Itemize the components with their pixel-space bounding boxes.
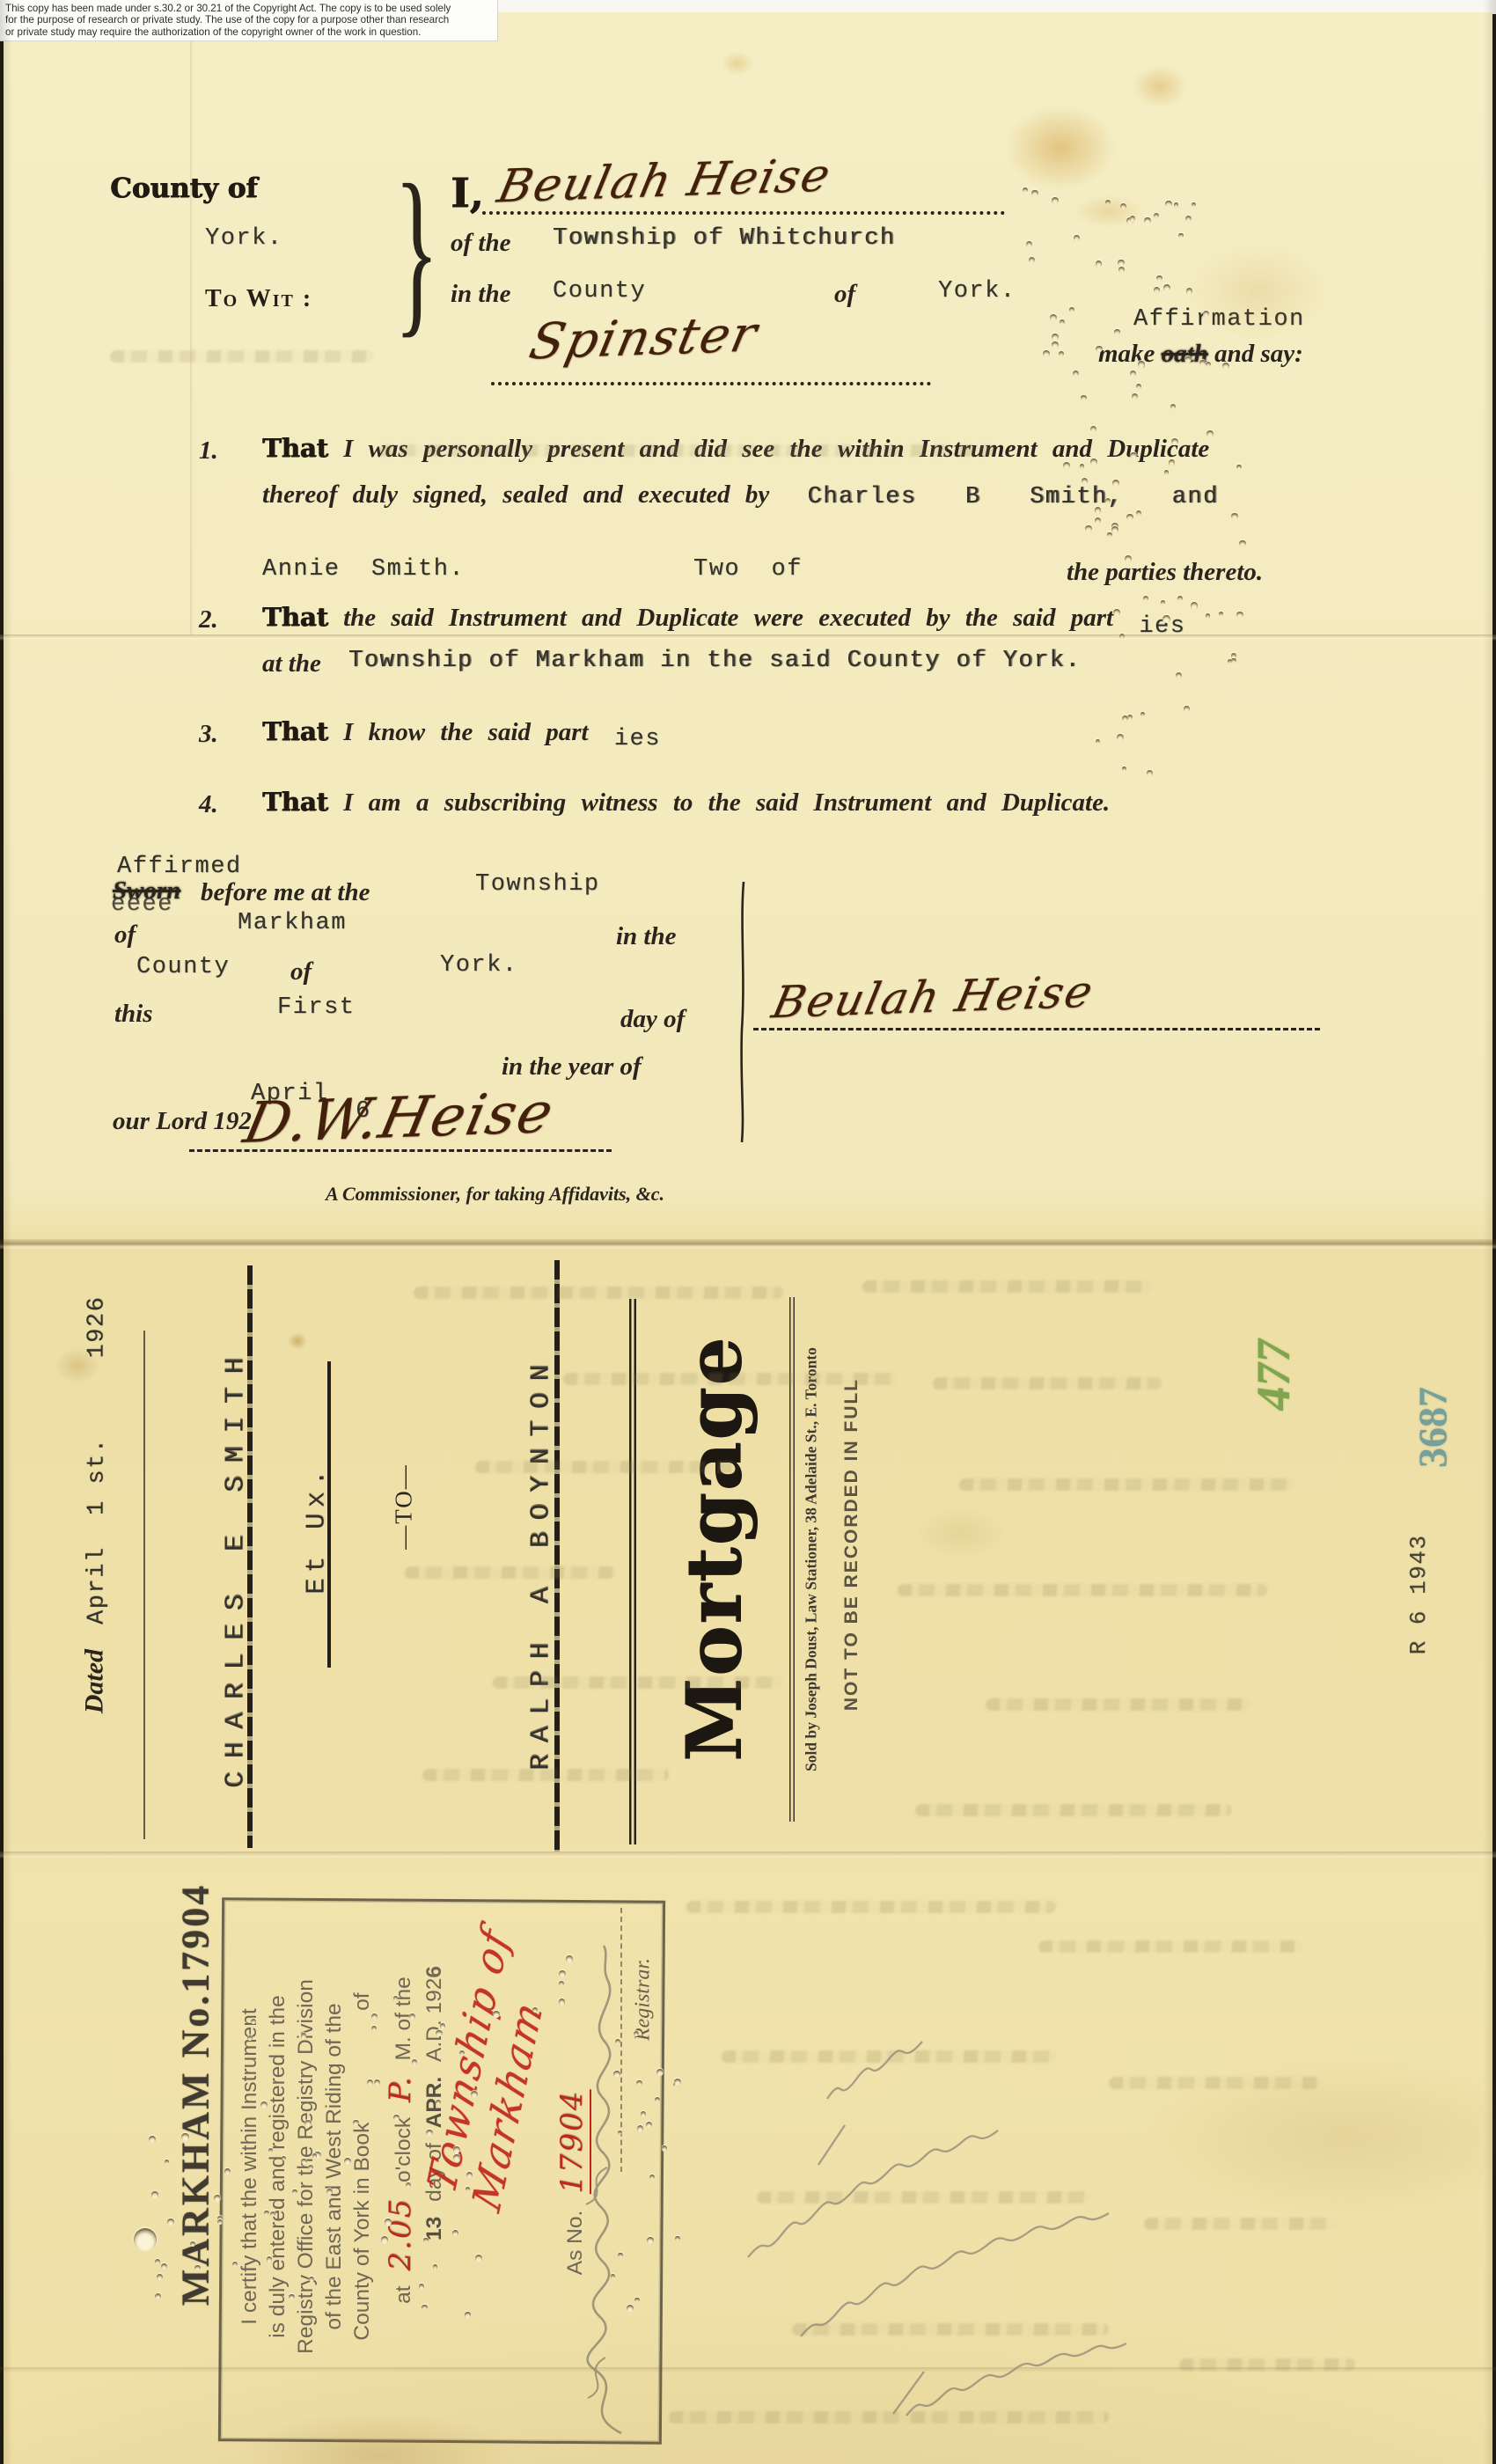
perforation-hole <box>1059 351 1064 356</box>
in-the-label: in the <box>451 280 511 309</box>
fold-crease-vertical <box>190 14 194 634</box>
perforation-hole <box>656 2069 664 2076</box>
para-2-num: 2. <box>199 605 218 634</box>
para-1-num: 1. <box>199 436 218 466</box>
dated-line: Dated April 1 st. 1926 <box>80 1296 111 1714</box>
perforation-hole <box>1169 459 1175 466</box>
jurat-county: York. <box>440 952 518 979</box>
para-4-num: 4. <box>199 790 218 819</box>
that-word: That <box>262 602 328 632</box>
perforation-hole <box>381 2236 388 2243</box>
that-word: That <box>262 433 328 463</box>
para-3-num: 3. <box>199 720 218 749</box>
perforation-hole <box>155 2293 161 2299</box>
perforation-hole <box>267 2256 273 2262</box>
occupation-value: Spinster <box>524 306 763 371</box>
perforation-hole <box>1130 216 1136 222</box>
perforation-hole <box>309 2277 314 2282</box>
cert-book-line: County of York in Book of <box>350 1992 375 2340</box>
dated-month: April 1 st. <box>84 1438 111 1624</box>
that-word: That <box>262 787 328 817</box>
residence-value: Township of Whitchurch <box>553 225 895 252</box>
jurat-county-word: County <box>136 954 230 980</box>
county-name: York. <box>938 278 1016 304</box>
book-line-text: County of York in Book <box>350 2123 374 2341</box>
perforation-hole <box>559 1998 565 2005</box>
perforation-hole <box>1052 341 1059 348</box>
perforation-hole <box>1096 260 1103 268</box>
perforation-hole <box>1185 216 1192 222</box>
perforation-hole <box>634 2298 639 2302</box>
dated-year: 1926 <box>84 1296 111 1359</box>
copyright-notice: This copy has been made under s.30.2 or … <box>0 0 498 41</box>
perforation-hole <box>465 2312 470 2317</box>
perforation-hole <box>409 2013 415 2020</box>
of-word: of <box>834 280 855 309</box>
stationer-rules <box>789 1297 795 1822</box>
jurat-day-of: day of <box>620 1005 685 1034</box>
para-1-line3-typed2: Two of <box>693 556 803 583</box>
para-text: I know the said part <box>343 718 589 746</box>
jurat-place-type: Township <box>475 871 600 898</box>
perforation-hole <box>1105 200 1111 205</box>
perforation-hole <box>181 2133 188 2140</box>
jurat-day-value: First <box>277 994 356 1021</box>
perforation-hole <box>1154 287 1160 293</box>
perforation-hole <box>157 2274 163 2280</box>
pencil-note <box>695 1993 1206 2451</box>
et-ux-rule <box>327 1361 331 1668</box>
day-value: 13 <box>422 2217 446 2240</box>
para-1-line3-printed: the parties thereto. <box>1067 558 1263 587</box>
perforation-hole <box>1074 235 1080 241</box>
perforation-hole <box>1191 602 1198 609</box>
cert-line-1: I certify that the within Instrument <box>238 2008 262 2325</box>
jurat-place: Markham <box>238 910 347 936</box>
perforation-hole <box>385 2218 392 2226</box>
perforation-hole <box>618 2253 623 2258</box>
para-1-line1: That I was personally present and did se… <box>262 433 1397 464</box>
para-text: the said Instrument and Duplicate were e… <box>343 604 1113 632</box>
perforation-hole <box>1231 513 1237 519</box>
perforation-hole <box>1174 202 1179 208</box>
perforation-hole <box>393 2115 399 2120</box>
perforation-hole <box>1171 438 1178 445</box>
commissioner-signature-rule <box>189 1149 612 1152</box>
perforation-hole <box>161 2263 167 2270</box>
perforation-hole <box>1219 612 1223 616</box>
perforation-hole <box>1231 658 1236 664</box>
commissioner-signature: D.W.Heise <box>238 1081 561 1156</box>
perforation-hole <box>655 2097 660 2102</box>
parties-suffix-typed: ies <box>614 726 661 752</box>
perforation-hole <box>1206 613 1210 618</box>
perforation-hole <box>151 2191 158 2198</box>
perforation-hole <box>1184 706 1190 712</box>
perforation-hole <box>165 2160 169 2164</box>
commissioner-title: A Commissioner, for taking Affidavits, &… <box>326 1183 664 1206</box>
county-value: York. <box>205 225 283 252</box>
jurat-of: of <box>114 920 136 950</box>
book-of: of <box>350 1992 374 2010</box>
perforation-hole <box>1222 363 1229 370</box>
signature-rule <box>482 211 1005 215</box>
para-text: thereof duly signed, sealed and executed… <box>262 480 769 509</box>
perforation-hole <box>1163 284 1170 291</box>
ad-word: A.D. 192 <box>422 1978 446 2062</box>
blue-number-stamp: 3687 <box>1410 1387 1456 1468</box>
para-2-line1: That the said Instrument and Duplicate w… <box>262 602 1185 634</box>
perforation-hole <box>675 2236 680 2241</box>
not-to-be-recorded-stamp: NOT TO BE RECORDED IN FULL <box>841 1378 862 1711</box>
oclock-word: o'clock <box>392 2117 415 2182</box>
jurat-our-lord: our Lord 192 <box>113 1107 252 1136</box>
perforation-hole <box>613 2071 620 2078</box>
brace: } <box>394 157 439 343</box>
perforation-hole <box>1118 267 1125 273</box>
grantee-rule <box>554 1260 560 1852</box>
ad-digit: 6 <box>422 1966 446 1978</box>
perforation-hole <box>1096 346 1103 353</box>
perforation-hole <box>194 2265 201 2271</box>
perforation-hole <box>1144 217 1151 224</box>
perforation-hole <box>412 2059 417 2064</box>
perforation-hole <box>1073 370 1079 377</box>
jurat-year-intro: in the year of <box>502 1052 642 1082</box>
jurat-of2: of <box>290 957 312 986</box>
affirmation-note: Affirmation <box>1133 306 1305 333</box>
cert-line-4: of the East and West Riding of the <box>322 2003 347 2329</box>
perforation-hole <box>1239 540 1246 547</box>
perforation-hole <box>647 2237 654 2244</box>
jurat-brace-rule <box>737 880 748 1144</box>
perforation-hole <box>268 2148 273 2152</box>
double-rule <box>629 1299 636 1844</box>
perforation-hole <box>436 2100 441 2105</box>
perforation-hole <box>641 2111 646 2116</box>
perforation-hole <box>1090 458 1097 466</box>
grantor-rule <box>247 1265 253 1848</box>
at-word: at <box>392 2285 415 2303</box>
para-1-line3-typed1: Annie Smith. <box>262 556 465 583</box>
occupation-rule <box>491 382 931 385</box>
perforation-hole <box>214 2195 221 2202</box>
para-2-line2-typed: Township of Markham in the said County o… <box>348 648 1081 674</box>
time-value: 2.05 <box>383 2197 418 2271</box>
perforation-hole <box>1236 465 1242 470</box>
perforation-hole <box>1111 526 1118 533</box>
perforation-hole <box>440 2023 445 2028</box>
perforation-hole <box>1206 430 1214 437</box>
para-text: I was personally present and did see the… <box>343 435 1209 463</box>
grantee-name: RALPH A BOYNTON <box>526 1353 557 1771</box>
perforation-hole <box>190 2241 195 2247</box>
cert-time-line: at 2.05 o'clock P. M. of the <box>383 1976 418 2304</box>
perforation-hole <box>1165 201 1171 207</box>
i-word: I, <box>451 169 484 216</box>
to-label: —TO— <box>391 1463 418 1550</box>
cert-line-2: is duly entered and registered in the <box>266 1995 290 2338</box>
r6-date-stamp: R 6 1943 <box>1405 1535 1432 1655</box>
perforation-hole <box>1122 715 1128 722</box>
to-wit-label: To Wit : <box>205 285 312 313</box>
perforation-hole <box>289 2294 294 2299</box>
para-4-line1: That I am a subscribing witness to the s… <box>262 787 1110 818</box>
perforation-hole <box>466 2172 473 2178</box>
perforation-hole <box>493 2011 499 2017</box>
jurat-this: this <box>114 1000 153 1029</box>
county-word: County <box>553 278 646 304</box>
perforation-hole <box>292 2189 297 2194</box>
punch-hole <box>134 2228 157 2251</box>
perforation-hole <box>637 2125 643 2131</box>
grantor-names-typed: Charles B Smith, and <box>808 484 1219 510</box>
perforation-hole <box>471 2091 478 2098</box>
county-of-label: County of <box>110 172 258 204</box>
perforation-hole <box>247 2035 253 2041</box>
perforation-hole <box>1177 596 1183 601</box>
of-the-label: of the <box>451 229 510 258</box>
oath-pre: make <box>1098 340 1162 368</box>
perforation-hole <box>674 2079 681 2086</box>
perforation-hole <box>422 2305 427 2310</box>
green-number-stamp: 477 <box>1246 1335 1301 1414</box>
perforation-hole <box>453 2154 460 2161</box>
perforation-hole <box>475 2255 482 2262</box>
perforation-hole <box>452 2230 458 2236</box>
jurat-before: before me at the <box>201 878 370 907</box>
perforation-hole <box>566 1955 573 1962</box>
perforation-hole <box>1176 672 1182 678</box>
perforation-hole <box>1236 612 1243 619</box>
markham-number-stamp: MARKHAM No.17904 <box>173 1883 218 2306</box>
perforation-hole <box>1186 288 1193 295</box>
dated-fill-rule <box>143 1331 145 1839</box>
scanned-document: This copy has been made under s.30.2 or … <box>0 0 1496 2464</box>
jurat-in-the: in the <box>616 922 677 951</box>
perforation-hole <box>301 2159 306 2164</box>
perforation-hole <box>406 2182 411 2188</box>
para-text: I am a subscribing witness to the said I… <box>343 788 1110 817</box>
para-3-line1: That I know the said part ies <box>262 716 661 748</box>
perforation-hole <box>301 2033 307 2039</box>
witness-signature-rule <box>753 1028 1320 1030</box>
jurat-sworn-overtype: eeee <box>111 891 173 918</box>
document-title: Mortgage <box>671 1336 759 1762</box>
perforation-hole <box>304 2120 312 2127</box>
perforation-hole <box>453 2146 460 2153</box>
perforation-hole <box>1069 307 1074 312</box>
perforation-hole <box>371 2013 378 2020</box>
perforation-hole <box>1052 197 1059 204</box>
perforation-hole <box>264 2211 269 2216</box>
stationer-imprint: Sold by Joseph Doust, Law Stationer, 38 … <box>803 1347 821 1771</box>
perforation-hole <box>1043 350 1050 357</box>
registrar-signature-pencil <box>561 1940 637 2451</box>
dated-label: Dated <box>80 1649 109 1713</box>
perforation-hole <box>1138 361 1145 368</box>
perforation-hole <box>1120 203 1126 209</box>
perforation-hole <box>251 2019 256 2024</box>
perforation-hole <box>1107 532 1111 537</box>
perforation-hole <box>627 2305 634 2312</box>
para-2-line2-printed: at the <box>262 649 321 678</box>
meridiem-value: P. <box>383 2075 418 2102</box>
perforation-hole <box>636 2080 642 2086</box>
perforation-hole <box>1113 609 1120 616</box>
para-1-line2: thereof duly signed, sealed and executed… <box>262 480 1219 510</box>
perforation-hole <box>1031 190 1038 196</box>
that-word: That <box>262 716 328 746</box>
perforation-hole <box>436 2030 443 2037</box>
perforation-hole <box>1162 615 1170 622</box>
perforation-hole <box>312 2153 317 2158</box>
